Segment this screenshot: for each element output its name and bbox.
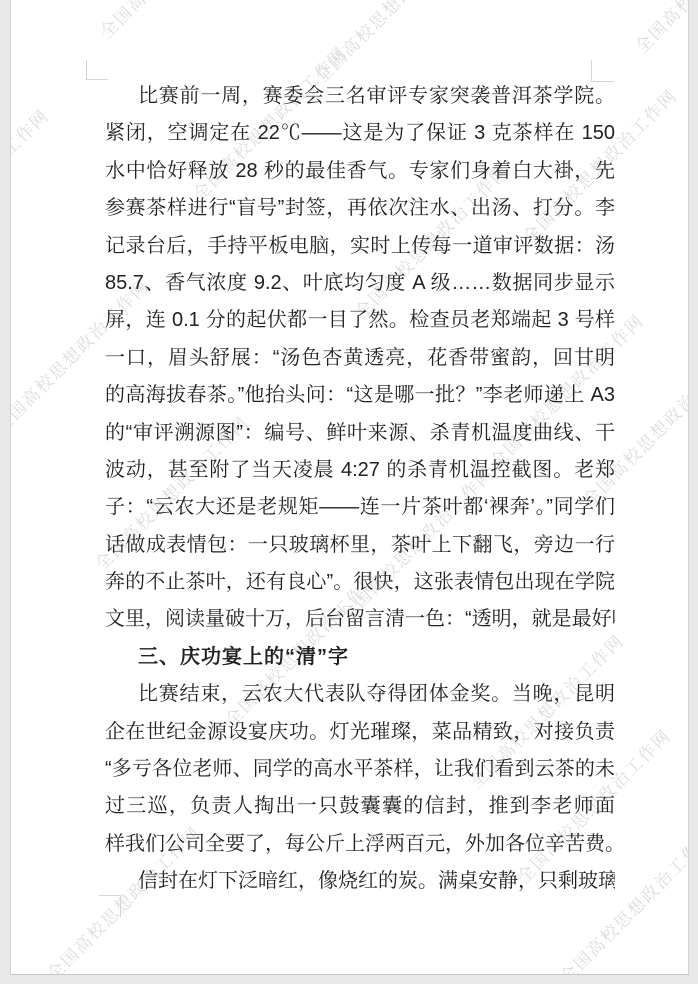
screenshot-root: { "page": { "background_color": "#e8e8e8…: [0, 0, 698, 984]
text-line: 记录台后，手持平板电脑，实时上传每一道审评数据：汤色亮度值: [105, 228, 615, 265]
text-line: 的“审评溯源图”：编号、鲜叶来源、杀青机温度曲线、干燥间湿度: [105, 415, 615, 452]
text-line: “多亏各位老师、同学的高水平茶样，让我们看到云茶的未来！”酒: [105, 751, 615, 788]
watermark-text: 全国高校思想政治工作网: [10, 102, 54, 267]
text-line: 波动，甚至附了当天凌晨 4:27 的杀青机温控截图。老郑笑着放下杯: [105, 452, 615, 489]
text-line: 样我们公司全要了，每公斤上浮两百元，外加各位辛苦费。”: [105, 826, 615, 863]
text-line: 话做成表情包：一只玻璃杯里，茶叶上下翻飞，旁边一行字——“裸: [105, 527, 615, 564]
paragraph: 信封在灯下泛暗红，像烧红的炭。满桌安静，只剩玻璃转盘轻响。: [105, 863, 615, 900]
text-body: 比赛前一周，赛委会三名审评专家突袭普洱茶学院。审评室大门紧闭，空调定在 22℃—…: [105, 78, 615, 901]
text-line: 水中恰好释放 28 秒的最佳香气。专家们身着白大褂，先对 32 份: [105, 153, 615, 190]
paragraph: 比赛前一周，赛委会三名审评专家突袭普洱茶学院。审评室大门紧闭，空调定在 22℃—…: [105, 78, 615, 639]
text-line: 三、庆功宴上的“清”字: [105, 639, 615, 676]
watermark-text: 全国高校思想政治工作网: [628, 0, 689, 58]
watermark-text: 全国高校思想政治工作网: [93, 0, 258, 43]
text-line: 一口，眉头舒展：“汤色杏黄透亮，花香带蜜韵，回甘明显，是典型: [105, 340, 615, 377]
watermark-text: 全国高校思想政治工作网: [308, 0, 473, 88]
text-line: 过三巡，负责人掏出一只鼓囊囊的信封，推到李老师面前：“贵校茶: [105, 788, 615, 825]
text-line: 比赛结束，云农大代表队夺得团体金奖。当晚，昆明一家品牌茶: [105, 676, 615, 713]
text-line: 企在世纪金源设宴庆功。灯光璀璨，菜品精致，对接负责人举杯致谢：: [105, 714, 615, 751]
text-line: 屏，连 0.1 分的起伏都一目了然。检查员老郑端起 3 号样茶，轻啜: [105, 302, 615, 339]
text-line: 奔的不止茶叶，还有良心”。很快，这张表情包出现在学院公众号推: [105, 564, 615, 601]
text-line: 子：“云农大还是老规矩——连一片茶叶都‘裸奔’。”同学们把这句: [105, 489, 615, 526]
text-line: 85.7、香气浓度 9.2、叶底均匀度 A 级……数据同步显示在对面大: [105, 265, 615, 302]
text-line: 文里，阅读量破十万，后台留言清一色：“透明，就是最好喝的茶味。”: [105, 601, 615, 638]
text-line: 信封在灯下泛暗红，像烧红的炭。满桌安静，只剩玻璃转盘轻响。: [105, 863, 615, 900]
text-line: 比赛前一周，赛委会三名审评专家突袭普洱茶学院。审评室大门: [105, 78, 615, 115]
text-line: 参赛茶样进行“盲号”封签，再依次注水、出汤、打分。李老师站在: [105, 190, 615, 227]
section-heading: 三、庆功宴上的“清”字: [105, 639, 615, 676]
document-page: 全国高校思想政治工作网全国高校思想政治工作网全国高校思想政治工作网全国高校思想政…: [10, 0, 689, 975]
text-line: 的高海拔春茶。”他抬头问：“这是哪一批？”李老师递上 A3 大小: [105, 377, 615, 414]
text-boundary-mark-top-left: [86, 60, 108, 80]
paragraph: 比赛结束，云农大代表队夺得团体金奖。当晚，昆明一家品牌茶企在世纪金源设宴庆功。灯…: [105, 676, 615, 863]
text-line: 紧闭，空调定在 22℃——这是为了保证 3 克茶样在 150 毫升沸: [105, 115, 615, 152]
